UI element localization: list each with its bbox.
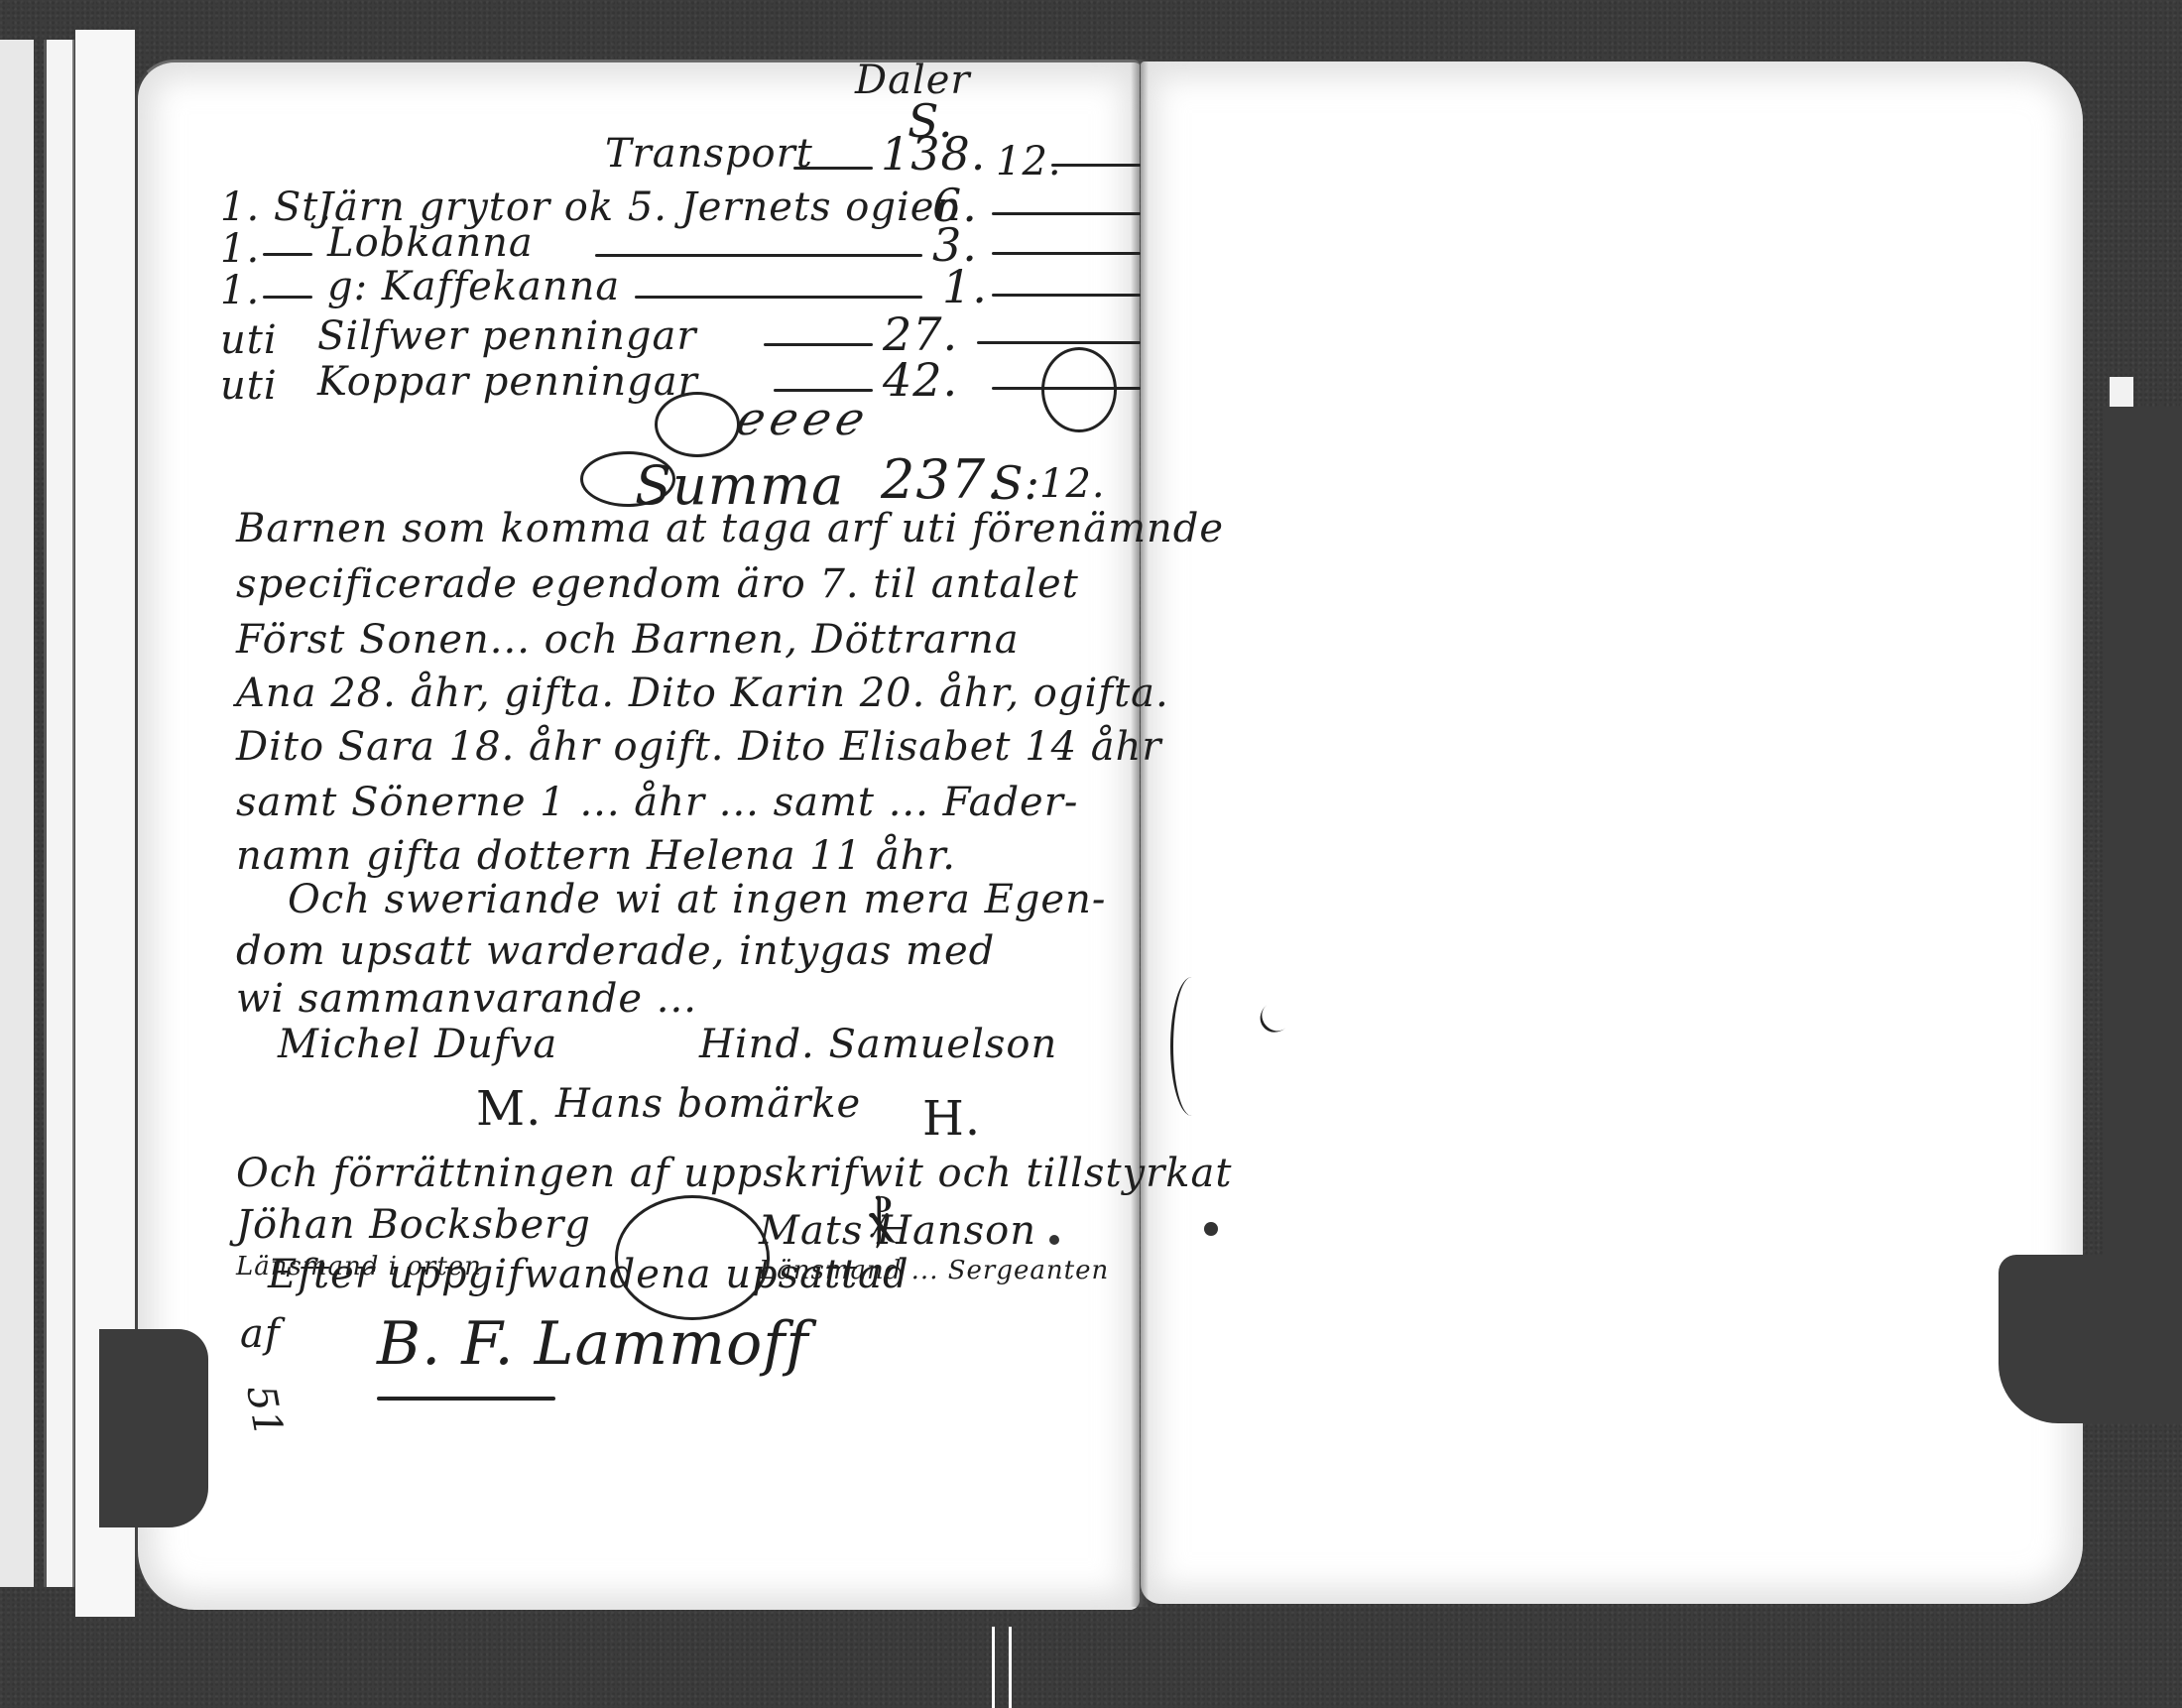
closing-prefix: af [240, 1311, 281, 1357]
body-line: Först Sonen... och Barnen, Döttrarna [236, 617, 1020, 663]
book-edge-strip [0, 40, 34, 1587]
stray-mark [1170, 977, 1213, 1116]
entry-qty: 1. St. [220, 184, 332, 230]
body-line: Ana 28. åhr, gifta. Dito Karin 20. åhr, … [236, 671, 1169, 716]
leader-line [764, 343, 873, 346]
entry-text: Lobkanna [327, 220, 534, 266]
leader-line [1051, 164, 1141, 167]
carried-forward-value: 138. [881, 127, 986, 181]
witness-line: Och förrättningen af uppskrifwit och til… [236, 1151, 1232, 1196]
body-line: namn gifta dottern Helena 11 åhr. [236, 833, 956, 879]
scanner-shadow-right [2103, 407, 2182, 1280]
body-line: samt Sönerne 1 ... åhr ... samt ... Fade… [236, 780, 1078, 825]
total-sub: 12. [1039, 461, 1106, 507]
page-clip-left [99, 1329, 208, 1527]
official-signature: B. F. Lammoff [377, 1309, 809, 1379]
body-line: Barnen som komma at taga arf uti förenäm… [236, 506, 1224, 551]
closing-line: Efter uppgifwandena upsattad [268, 1252, 909, 1297]
attestation-line: Och sweriande wi at ingen mera Egen- [288, 877, 1106, 922]
carried-forward-label: Transport [605, 131, 813, 177]
total-value: 237. [881, 448, 1004, 511]
entry-value: 1. [942, 260, 988, 313]
mark-initial-h: H. [922, 1091, 981, 1147]
page-clip-right [1999, 1255, 2182, 1423]
leader-line [595, 254, 922, 257]
body-line: specificerade egendom äro 7. til antalet [236, 561, 1079, 607]
entry-qty: 1. [220, 226, 260, 272]
leader-line [635, 296, 922, 299]
entry-text: Koppar penningar [317, 359, 698, 405]
signature-samuelson: Hind. Samuelson [699, 1022, 1057, 1067]
leader-line [263, 296, 312, 299]
leader-line [793, 167, 873, 170]
binding-marks [992, 1627, 1012, 1708]
body-line: Dito Sara 18. åhr ogift. Dito Elisabet 1… [236, 724, 1162, 770]
leader-line [263, 253, 312, 256]
right-page-blank [1141, 61, 2083, 1604]
entry-qty: 1. [220, 268, 260, 313]
attestation-line: wi sammanvarande ... [236, 976, 697, 1022]
underline-flourish-loops: ℯℯℯℯ [734, 392, 866, 445]
cross-mark-icon: ⳩ [868, 1190, 893, 1251]
ink-spot [1204, 1222, 1218, 1236]
total-unit: S: [992, 456, 1040, 510]
entry-rule [992, 294, 1141, 297]
book-gutter [1131, 60, 1149, 1607]
entry-rule [992, 212, 1141, 215]
witness-1-name: Jöhan Bocksberg [236, 1202, 591, 1248]
signature-michel-dufva: Michel Dufva [278, 1022, 557, 1067]
entry-rule [992, 252, 1141, 255]
carried-forward-sub: 12. [996, 139, 1062, 184]
entry-qty: uti [220, 317, 278, 363]
signature-underline [377, 1397, 555, 1401]
bomarke-label: Hans bomärke [555, 1081, 861, 1127]
margin-mark: 51 [237, 1382, 291, 1441]
entry-text: g: Kaffekanna [327, 264, 620, 309]
underline-flourish [655, 392, 740, 457]
book-edge-strip [44, 40, 74, 1587]
ink-spot [1049, 1235, 1059, 1245]
mark-initial-m: M. [476, 1081, 542, 1137]
attestation-line: dom upsatt warderade, intygas med [236, 928, 995, 974]
underline-flourish [1041, 347, 1117, 432]
entry-value: 42. [883, 353, 958, 407]
entry-rule [977, 341, 1141, 344]
entry-text: Silfwer penningar [317, 313, 696, 359]
witness-2-name: Mats Hanson [759, 1208, 1036, 1254]
entry-qty: uti [220, 363, 278, 409]
